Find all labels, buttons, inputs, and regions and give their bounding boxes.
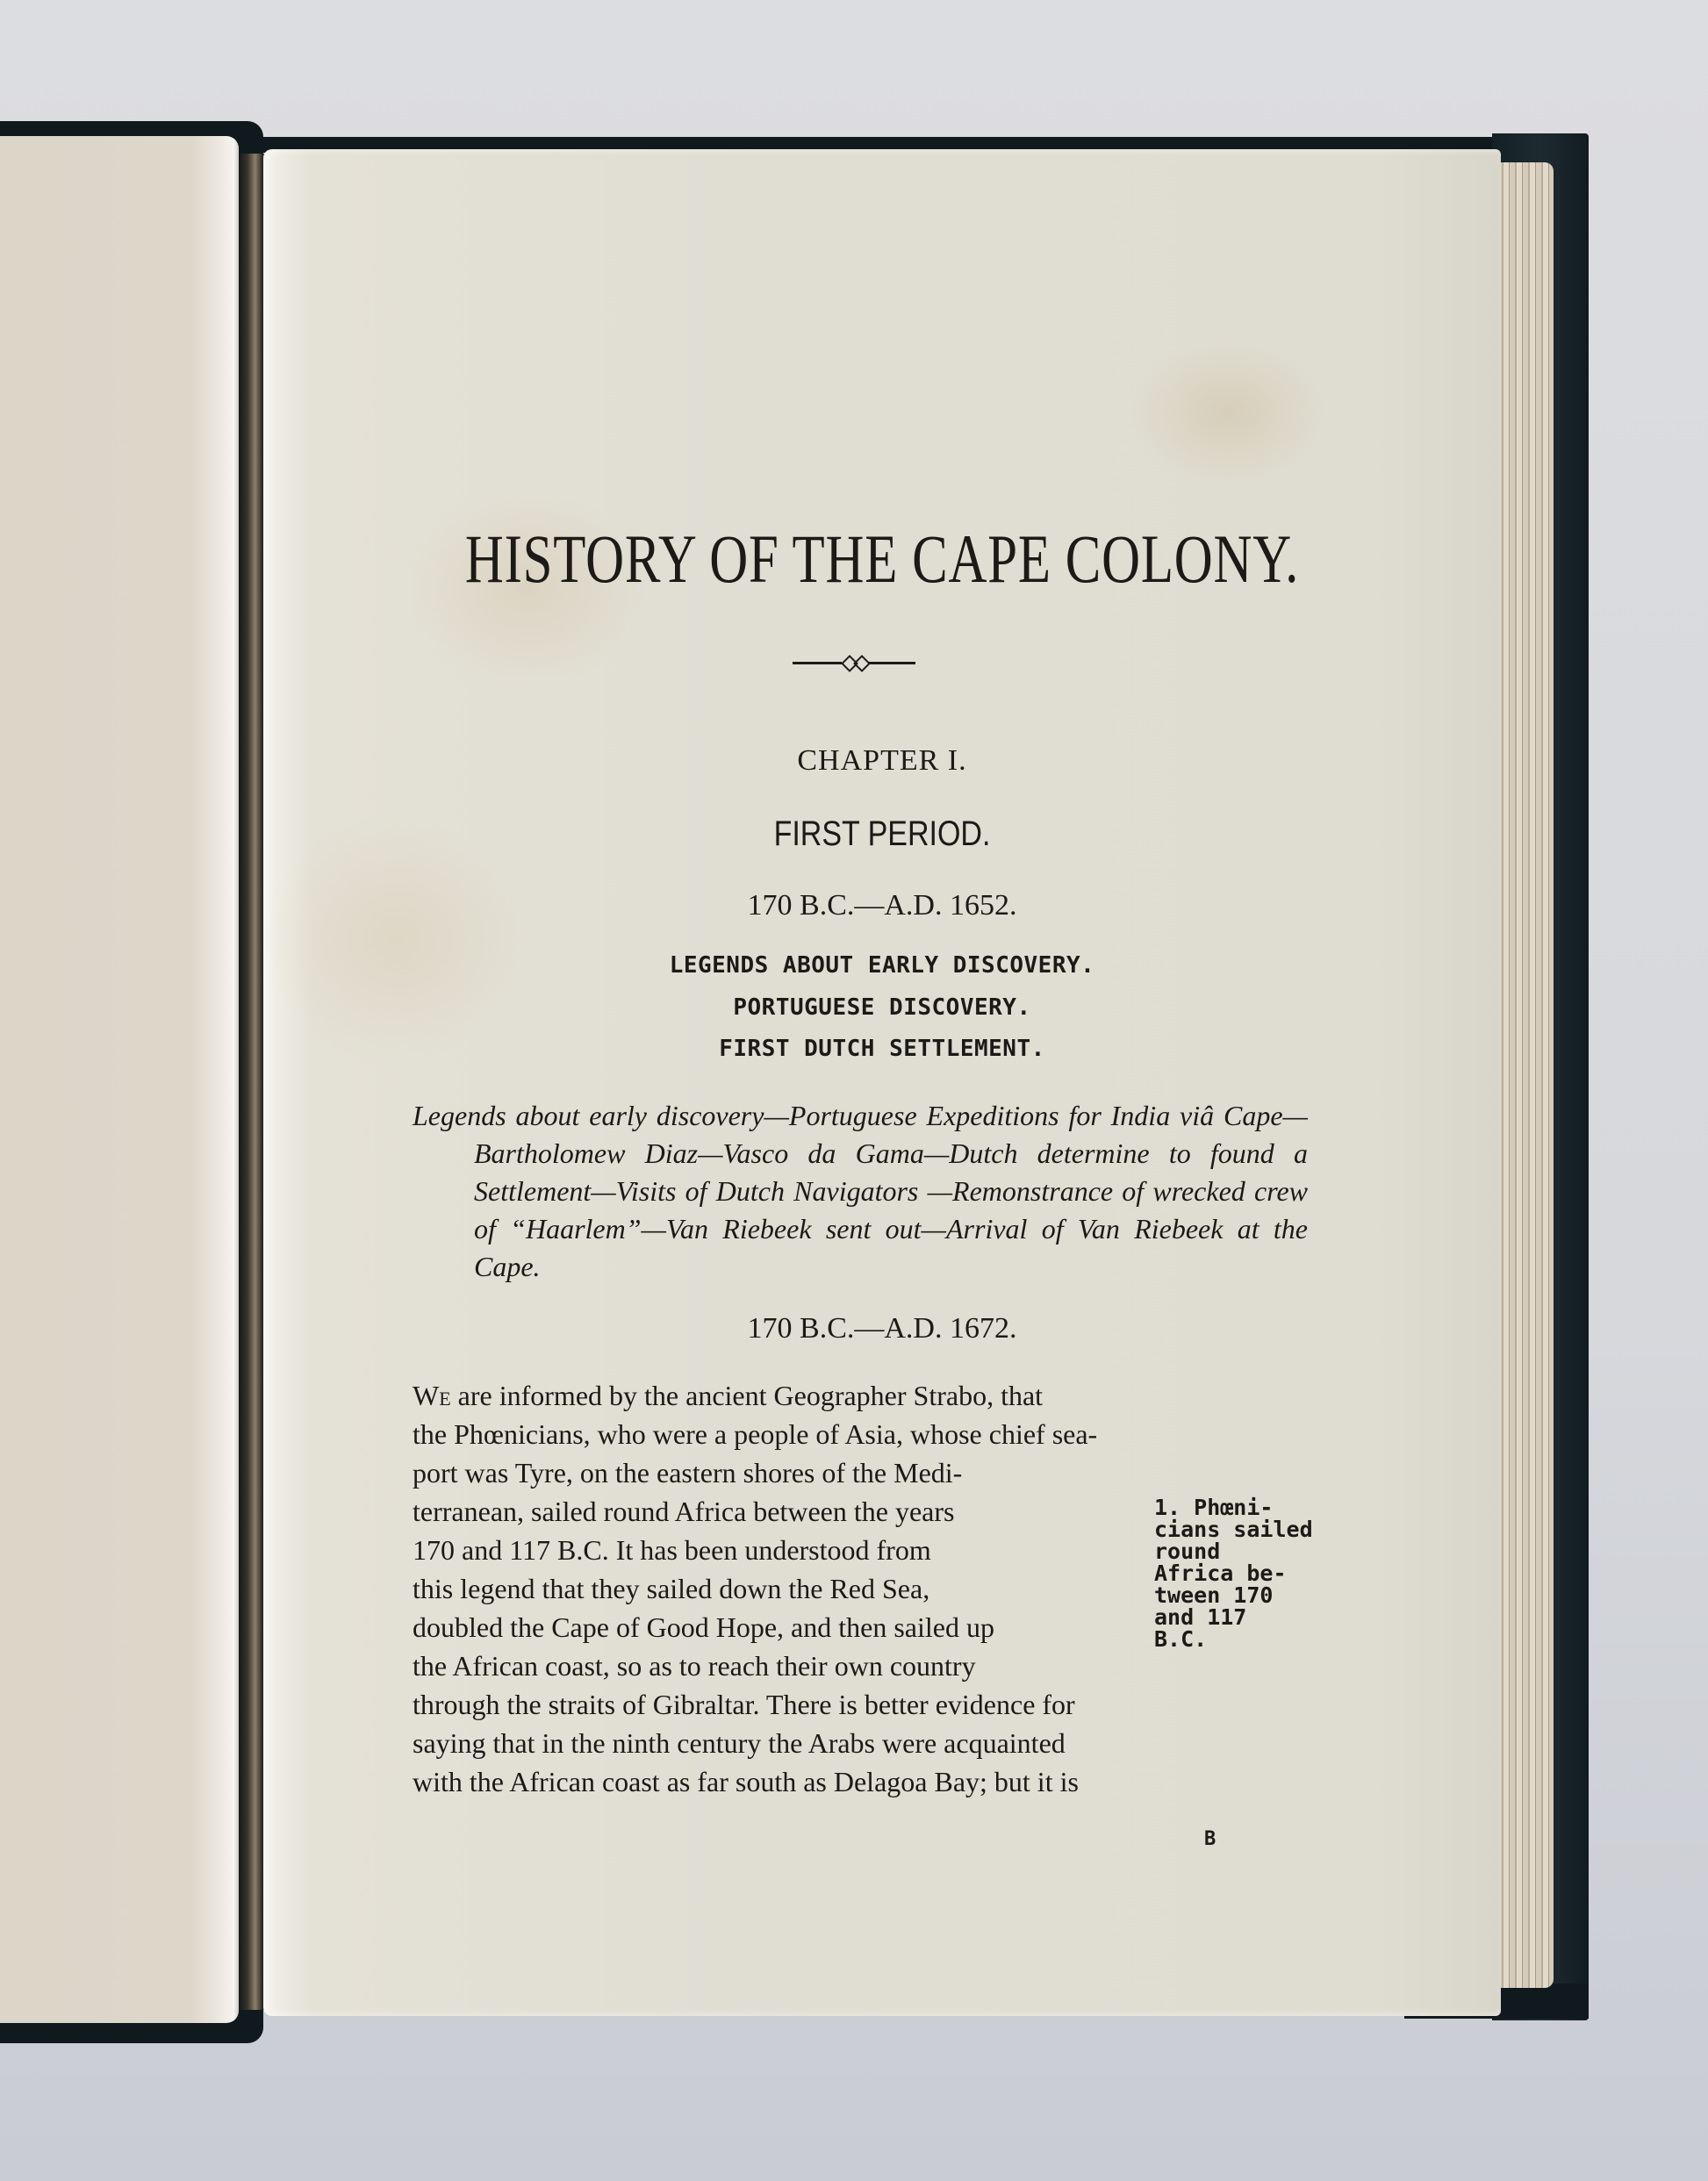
body-line: saying that in the ninth century the Ara… bbox=[413, 1724, 1317, 1762]
body-line: the African coast, so as to reach their … bbox=[413, 1647, 1123, 1685]
section-heading: FIRST DUTCH SETTLEMENT. bbox=[263, 1036, 1501, 1062]
body-line: terranean, sailed round Africa between t… bbox=[413, 1492, 1123, 1531]
body-line: doubled the Cape of Good Hope, and then … bbox=[413, 1608, 1123, 1647]
body-line: the Phœnicians, who were a people of Asi… bbox=[413, 1415, 1317, 1453]
period-heading: FIRST PERIOD. bbox=[356, 814, 1409, 854]
body-line: We are informed by the ancient Geographe… bbox=[413, 1376, 1317, 1415]
drop-word: We bbox=[413, 1380, 451, 1411]
margin-note: 1. Phœni- cians sailed round Africa be- … bbox=[1154, 1496, 1330, 1650]
body-line: 170 and 117 B.C. It has been understood … bbox=[413, 1531, 1123, 1569]
chapter-summary: Legends about early discovery—Portuguese… bbox=[413, 1097, 1308, 1286]
section-heading: PORTUGUESE DISCOVERY. bbox=[263, 994, 1501, 1021]
left-page bbox=[0, 136, 239, 2023]
period-dates: 170 B.C.—A.D. 1652. bbox=[263, 889, 1501, 922]
signature-mark: B bbox=[1204, 1828, 1216, 1850]
chapter-heading: CHAPTER I. bbox=[263, 744, 1501, 778]
body-line: port was Tyre, on the eastern shores of … bbox=[413, 1453, 1123, 1492]
body-line: this legend that they sailed down the Re… bbox=[413, 1569, 1123, 1608]
section-dates: 170 B.C.—A.D. 1672. bbox=[263, 1312, 1501, 1345]
section-heading: LEGENDS ABOUT EARLY DISCOVERY. bbox=[263, 952, 1501, 979]
body-line: with the African coast as far south as D… bbox=[413, 1762, 1317, 1801]
body-line: through the straits of Gibraltar. There … bbox=[413, 1685, 1317, 1724]
ornament-rule-icon bbox=[793, 656, 915, 669]
book-title: HISTORY OF THE CAPE COLONY. bbox=[399, 520, 1365, 599]
